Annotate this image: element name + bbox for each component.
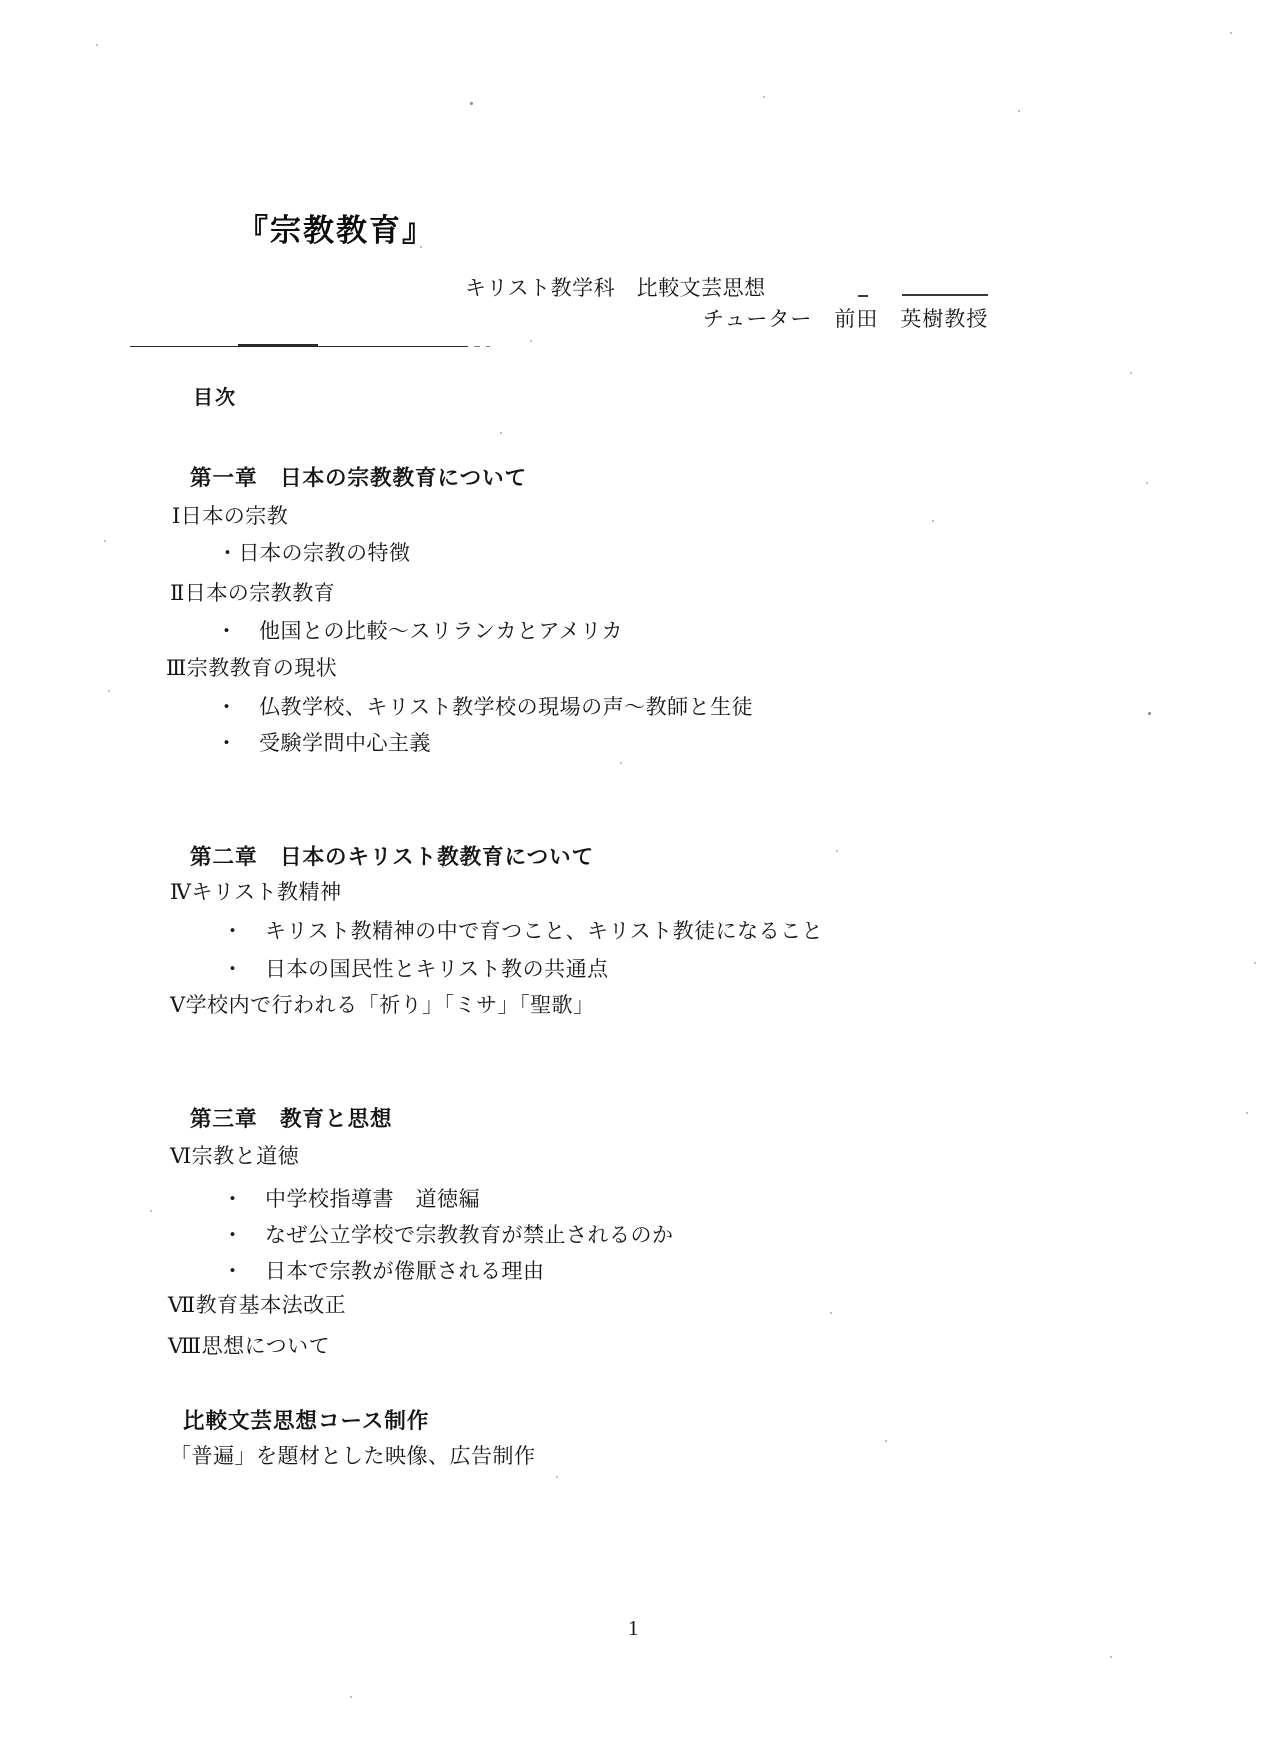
header-rule-thick-segment: [238, 344, 318, 347]
toc-item: Ⅳキリスト教精神: [170, 876, 342, 906]
course-block-title: 比較文芸思想コース制作: [183, 1404, 429, 1435]
scan-speckle: [1146, 482, 1148, 484]
chapter1-title: 第一章 日本の宗教教育について: [190, 461, 527, 492]
scan-speckle: [150, 1210, 152, 1212]
header-rule-dot: [486, 346, 490, 347]
scan-speckle: [530, 340, 532, 342]
header-rule-dot: [474, 346, 480, 347]
toc-item: Ⅱ日本の宗教教育: [170, 577, 335, 607]
department-line: キリスト教学科 比較文芸思想: [465, 272, 766, 302]
chapter3-title: 第三章 教育と思想: [190, 1102, 393, 1133]
chapter2-title: 第二章 日本のキリスト教教育について: [190, 840, 594, 871]
scan-speckle: [1130, 372, 1132, 374]
scan-speckle: [104, 540, 106, 542]
scan-speckle: [1110, 1656, 1112, 1658]
underline-fragment-dot: [858, 295, 868, 297]
scan-speckle: [1148, 712, 1151, 715]
scan-speckle: [1246, 1112, 1248, 1114]
scan-speckle: [96, 44, 98, 46]
scan-speckle: [500, 432, 502, 434]
toc-item: ・ 受験学問中心主義: [216, 727, 431, 757]
scanned-document-page: 『宗教教育』 キリスト教学科 比較文芸思想 チューター 前田 英樹教授 目次 第…: [0, 0, 1275, 1753]
scan-speckle: [556, 1476, 558, 1478]
scan-speckle: [830, 1312, 832, 1314]
scan-speckle: [763, 96, 765, 98]
toc-item: ・ 仏教学校、キリスト教学校の現場の声～教師と生徒: [216, 691, 753, 721]
toc-item: ・ 他国との比較～スリランカとアメリカ: [216, 615, 623, 645]
toc-item: Ⅶ教育基本法改正: [168, 1289, 346, 1319]
scan-speckle: [470, 102, 473, 105]
scan-speckle: [1018, 110, 1020, 112]
scan-speckle: [442, 866, 444, 868]
toc-item: ・ キリスト教精神の中で育つこと、キリスト教徒になること: [222, 915, 823, 945]
scan-speckle: [885, 1440, 887, 1442]
toc-item: 「普遍」を題材とした映像、広告制作: [170, 1440, 536, 1470]
tutor-line: チューター 前田 英樹教授: [703, 303, 988, 333]
page-number: 1: [628, 1616, 639, 1641]
scan-speckle: [620, 762, 622, 764]
toc-item: Ⅷ思想について: [168, 1330, 330, 1360]
scan-speckle: [350, 1696, 352, 1698]
toc-item: Ⅲ宗教教育の現状: [166, 652, 337, 682]
document-title: 『宗教教育』: [237, 205, 435, 250]
scan-speckle: [836, 850, 838, 852]
toc-item: ・ 日本で宗教が倦厭される理由: [222, 1255, 545, 1285]
toc-item: ・日本の宗教の特徴: [217, 537, 411, 567]
scan-speckle: [108, 690, 110, 692]
scan-speckle: [1254, 962, 1256, 964]
toc-item: Ⅰ日本の宗教: [172, 500, 288, 530]
toc-item: ・ 日本の国民性とキリスト教の共通点: [222, 953, 609, 983]
underline-fragment: [902, 294, 988, 296]
toc-item: ・ 中学校指導書 道徳編: [222, 1183, 480, 1213]
toc-heading: 目次: [193, 381, 237, 410]
scan-speckle: [932, 520, 934, 522]
scan-speckle: [420, 246, 422, 248]
scan-speckle: [1230, 32, 1232, 34]
toc-item: Ⅵ宗教と道徳: [170, 1140, 299, 1170]
toc-item: ・ なぜ公立学校で宗教教育が禁止されるのか: [222, 1219, 674, 1249]
toc-item: Ⅴ学校内で行われる「祈り」「ミサ」「聖歌」: [170, 989, 595, 1019]
